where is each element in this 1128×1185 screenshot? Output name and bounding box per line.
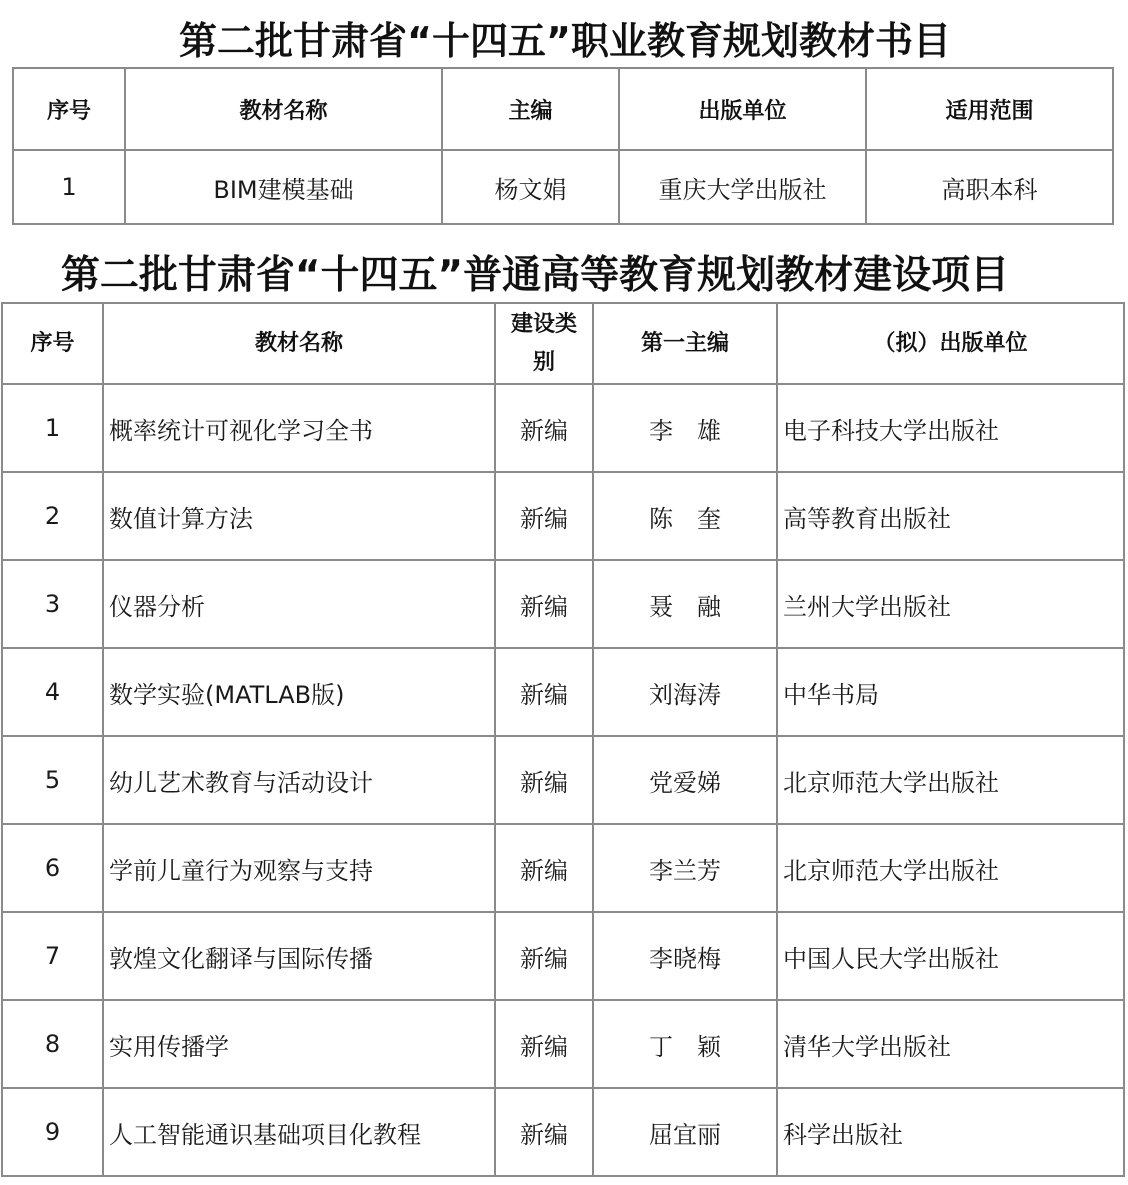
table-header-row: 序号 教材名称 主编 出版单位 适用范围: [13, 68, 1113, 150]
cell-construction-type: 新编: [495, 648, 593, 736]
cell-first-editor: 李 雄: [593, 384, 777, 472]
column-header-proposed-publisher: （拟）出版单位: [777, 303, 1124, 384]
higher-education-textbook-table: 序号 教材名称 建设类别 第一主编 （拟）出版单位 1 概率统计可视化学习全书 …: [1, 302, 1125, 1177]
table-row: 9 人工智能通识基础项目化教程 新编 屈宜丽 科学出版社: [2, 1088, 1124, 1176]
column-header-first-editor: 第一主编: [593, 303, 777, 384]
table-row: 4 数学实验(MATLAB版) 新编 刘海涛 中华书局: [2, 648, 1124, 736]
cell-textbook-name: 实用传播学: [103, 1000, 495, 1088]
column-header-no: 序号: [13, 68, 125, 150]
cell-textbook-name: 数值计算方法: [103, 472, 495, 560]
cell-publisher: 电子科技大学出版社: [777, 384, 1124, 472]
cell-textbook-name: 学前儿童行为观察与支持: [103, 824, 495, 912]
cell-no: 1: [13, 150, 125, 224]
cell-publisher: 北京师范大学出版社: [777, 824, 1124, 912]
cell-no: 5: [2, 736, 103, 824]
cell-publisher: 兰州大学出版社: [777, 560, 1124, 648]
cell-no: 8: [2, 1000, 103, 1088]
cell-textbook-name: 人工智能通识基础项目化教程: [103, 1088, 495, 1176]
vocational-textbook-table: 序号 教材名称 主编 出版单位 适用范围 1 BIM建模基础 杨文娟 重庆大学出…: [12, 67, 1114, 225]
cell-textbook-name: 敦煌文化翻译与国际传播: [103, 912, 495, 1000]
column-header-construction-type: 建设类别: [495, 303, 593, 384]
cell-publisher: 重庆大学出版社: [619, 150, 866, 224]
cell-publisher: 中华书局: [777, 648, 1124, 736]
cell-first-editor: 李兰芳: [593, 824, 777, 912]
table-row: 8 实用传播学 新编 丁 颖 清华大学出版社: [2, 1000, 1124, 1088]
column-header-textbook-name: 教材名称: [125, 68, 442, 150]
cell-publisher: 北京师范大学出版社: [777, 736, 1124, 824]
cell-no: 3: [2, 560, 103, 648]
cell-no: 2: [2, 472, 103, 560]
table-header-row: 序号 教材名称 建设类别 第一主编 （拟）出版单位: [2, 303, 1124, 384]
column-header-publisher: 出版单位: [619, 68, 866, 150]
cell-first-editor: 刘海涛: [593, 648, 777, 736]
cell-publisher: 中国人民大学出版社: [777, 912, 1124, 1000]
table-row: 7 敦煌文化翻译与国际传播 新编 李晓梅 中国人民大学出版社: [2, 912, 1124, 1000]
cell-textbook-name: BIM建模基础: [125, 150, 442, 224]
column-header-no: 序号: [2, 303, 103, 384]
cell-no: 6: [2, 824, 103, 912]
cell-publisher: 科学出版社: [777, 1088, 1124, 1176]
cell-construction-type: 新编: [495, 824, 593, 912]
cell-textbook-name: 仪器分析: [103, 560, 495, 648]
cell-no: 1: [2, 384, 103, 472]
cell-construction-type: 新编: [495, 736, 593, 824]
cell-editor: 杨文娟: [442, 150, 619, 224]
cell-construction-type: 新编: [495, 384, 593, 472]
higher-education-textbook-project-title: 第二批甘肃省“十四五”普通高等教育规划教材建设项目: [30, 251, 1040, 301]
cell-construction-type: 新编: [495, 560, 593, 648]
cell-first-editor: 李晓梅: [593, 912, 777, 1000]
cell-textbook-name: 数学实验(MATLAB版): [103, 648, 495, 736]
cell-publisher: 高等教育出版社: [777, 472, 1124, 560]
cell-construction-type: 新编: [495, 912, 593, 1000]
cell-no: 4: [2, 648, 103, 736]
cell-first-editor: 屈宜丽: [593, 1088, 777, 1176]
cell-first-editor: 丁 颖: [593, 1000, 777, 1088]
table-row: 3 仪器分析 新编 聂 融 兰州大学出版社: [2, 560, 1124, 648]
cell-scope: 高职本科: [866, 150, 1113, 224]
cell-first-editor: 陈 奎: [593, 472, 777, 560]
table-row: 5 幼儿艺术教育与活动设计 新编 党爱娣 北京师范大学出版社: [2, 736, 1124, 824]
cell-construction-type: 新编: [495, 472, 593, 560]
cell-first-editor: 聂 融: [593, 560, 777, 648]
vocational-textbook-list-title: 第二批甘肃省“十四五”职业教育规划教材书目: [140, 16, 990, 66]
table-row: 1 概率统计可视化学习全书 新编 李 雄 电子科技大学出版社: [2, 384, 1124, 472]
cell-textbook-name: 幼儿艺术教育与活动设计: [103, 736, 495, 824]
table-row: 2 数值计算方法 新编 陈 奎 高等教育出版社: [2, 472, 1124, 560]
cell-first-editor: 党爱娣: [593, 736, 777, 824]
cell-construction-type: 新编: [495, 1088, 593, 1176]
cell-publisher: 清华大学出版社: [777, 1000, 1124, 1088]
column-header-scope: 适用范围: [866, 68, 1113, 150]
column-header-editor: 主编: [442, 68, 619, 150]
cell-no: 9: [2, 1088, 103, 1176]
cell-construction-type: 新编: [495, 1000, 593, 1088]
table-row: 6 学前儿童行为观察与支持 新编 李兰芳 北京师范大学出版社: [2, 824, 1124, 912]
column-header-textbook-name: 教材名称: [103, 303, 495, 384]
cell-no: 7: [2, 912, 103, 1000]
cell-textbook-name: 概率统计可视化学习全书: [103, 384, 495, 472]
table-row: 1 BIM建模基础 杨文娟 重庆大学出版社 高职本科: [13, 150, 1113, 224]
